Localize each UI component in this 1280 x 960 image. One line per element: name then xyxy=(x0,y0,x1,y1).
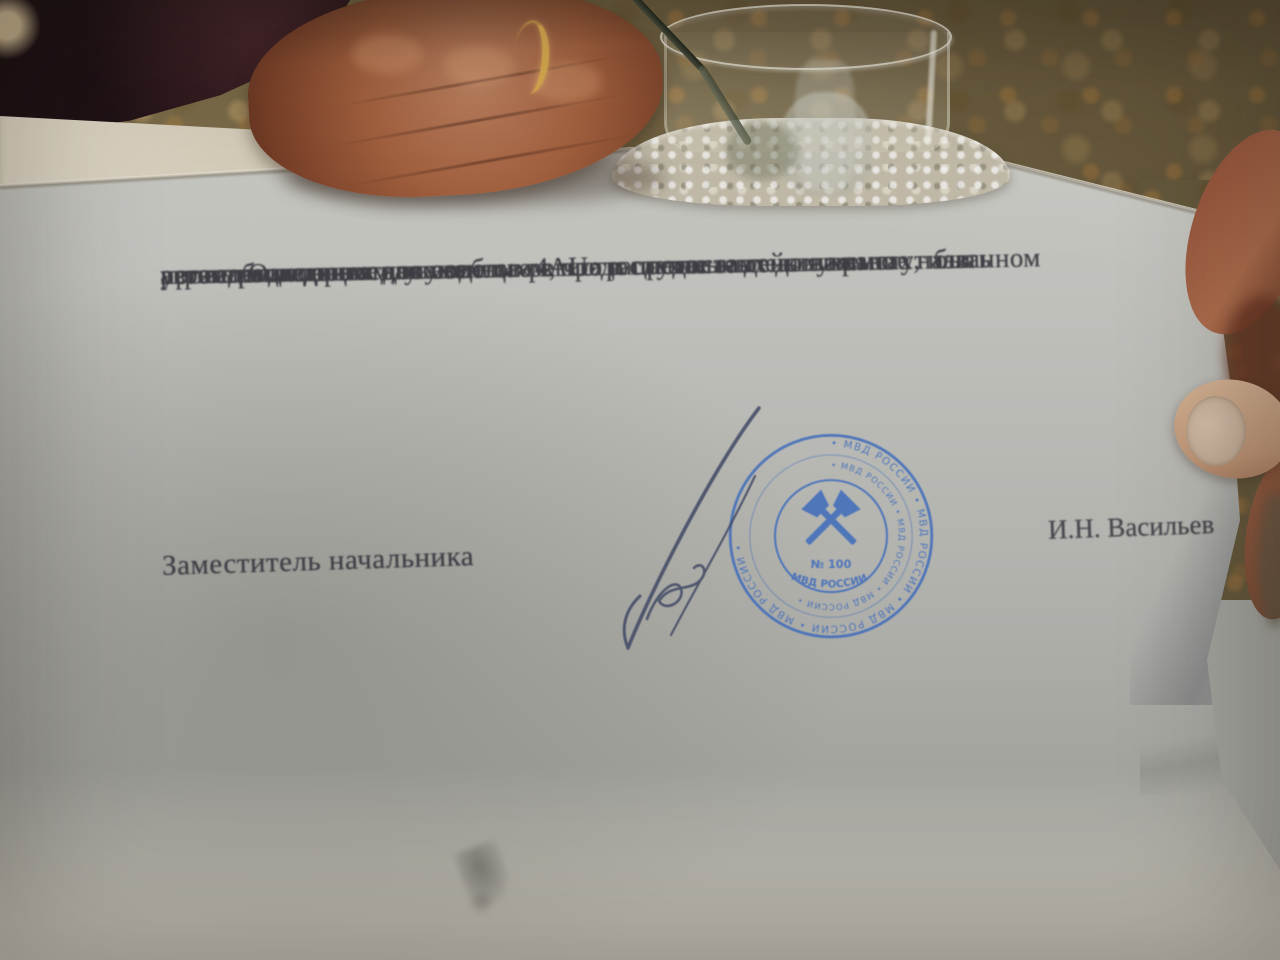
teaspoon-bowl xyxy=(726,122,798,180)
knuckle-highlight xyxy=(352,34,422,74)
thumbnail xyxy=(1186,396,1246,466)
paper-fold-shadow-bottom xyxy=(1140,715,1280,795)
ink-smudge xyxy=(468,888,494,916)
photo-of-document: агрегата сведениям, указанным в предоста… xyxy=(0,0,1280,960)
knuckle-highlight xyxy=(444,46,514,86)
body-line-6: проведены. xyxy=(160,255,295,293)
signer-name: И.Н. Васильев xyxy=(1048,509,1215,546)
signature xyxy=(595,372,825,672)
glass-rim xyxy=(660,4,952,70)
